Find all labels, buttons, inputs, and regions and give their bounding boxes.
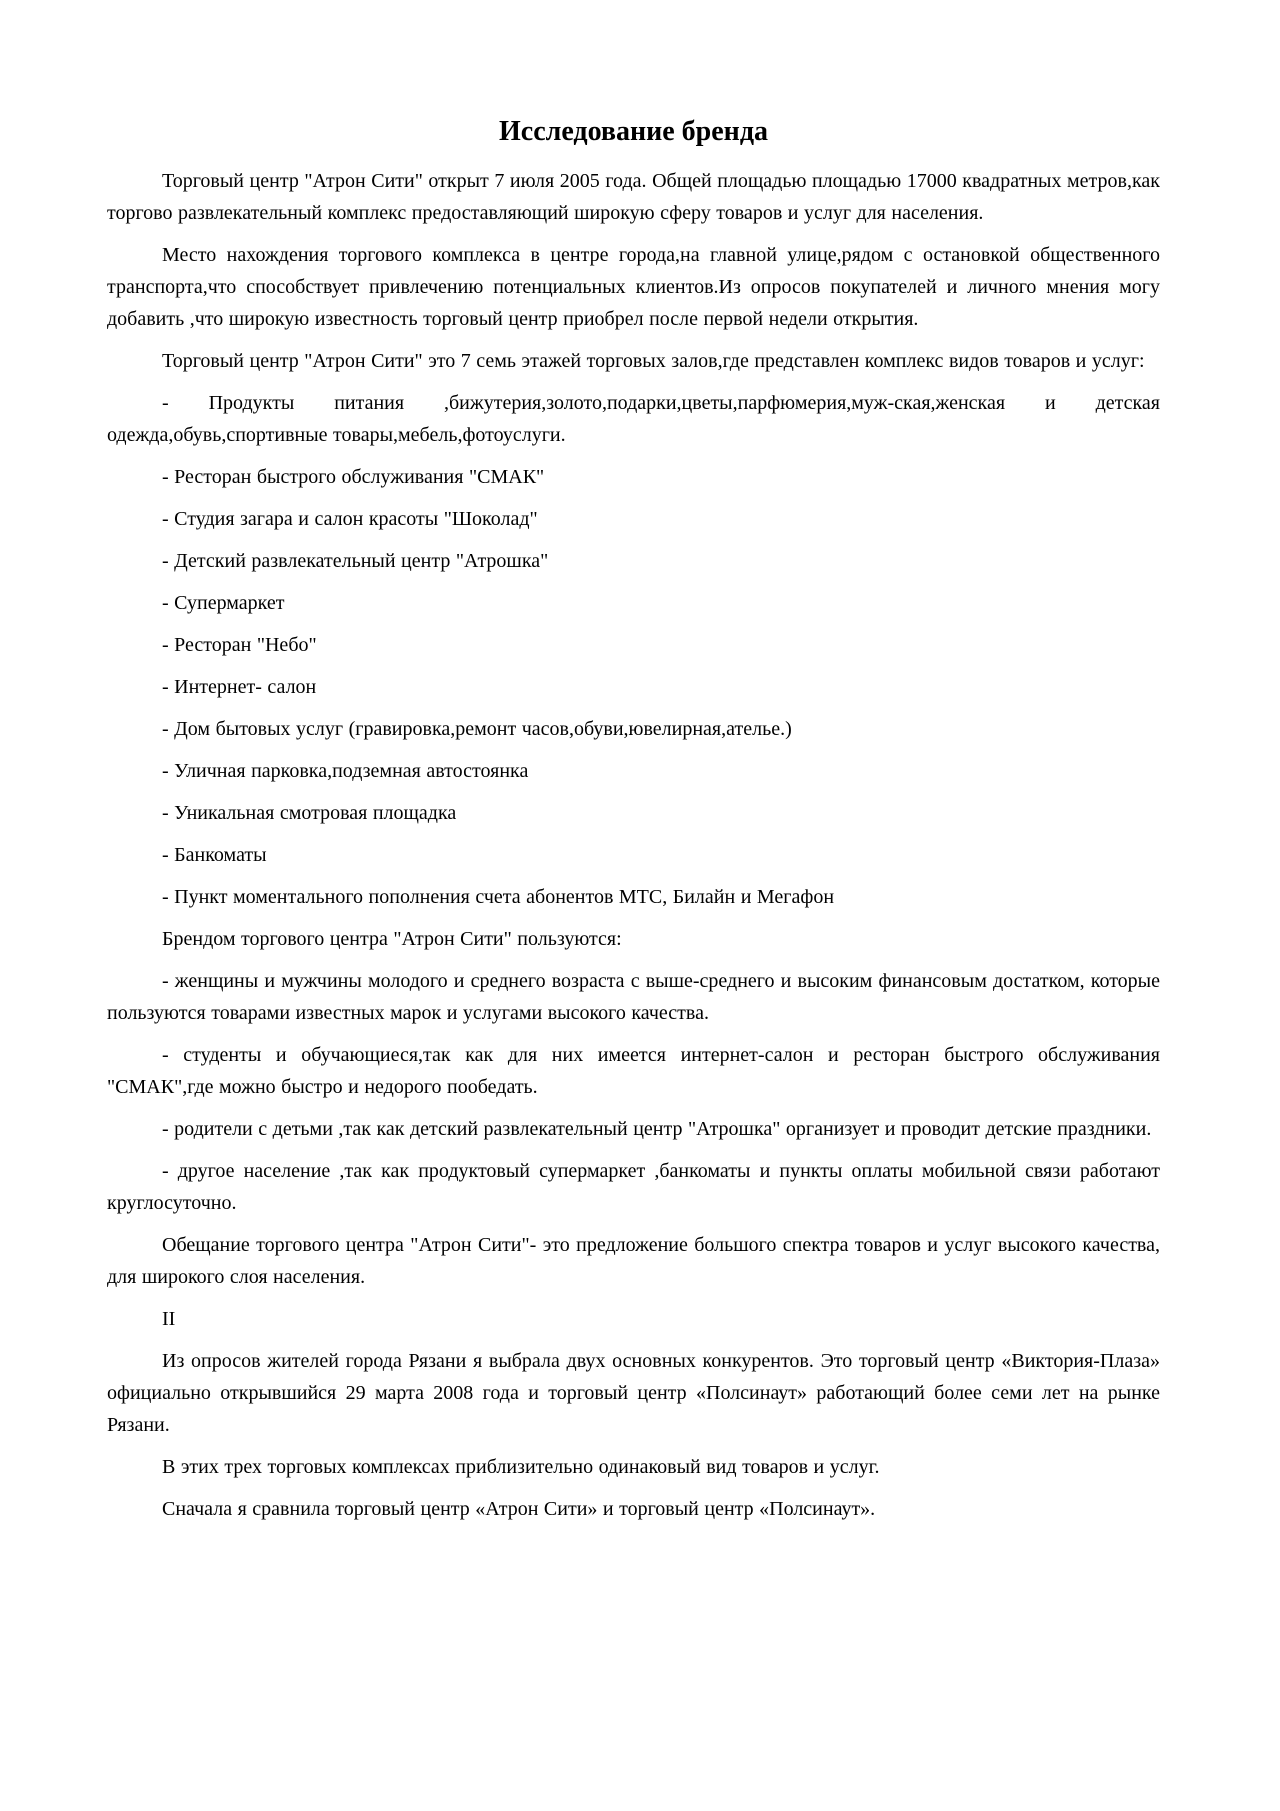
paragraph-brand-users-intro: Брендом торгового центра "Атрон Сити" по… [107,923,1160,955]
list-item-salon: - Студия загара и салон красоты "Шоколад… [107,503,1160,535]
document-title: Исследование бренда [107,113,1160,151]
document-page: Исследование бренда Торговый центр "Атро… [0,0,1280,1811]
paragraph-similar-goods: В этих трех торговых комплексах приблизи… [107,1451,1160,1483]
paragraph-competitors: Из опросов жителей города Рязани я выбра… [107,1345,1160,1441]
list-item-supermarket: - Супермаркет [107,587,1160,619]
paragraph-floors: Торговый центр "Атрон Сити" это 7 семь э… [107,345,1160,377]
list-item-audience-students: - студенты и обучающиеся,так как для них… [107,1039,1160,1103]
list-item-mobile-topup: - Пункт моментального пополнения счета а… [107,881,1160,913]
list-item-audience-parents: - родители с детьми ,так как детский раз… [107,1113,1160,1145]
paragraph-intro: Торговый центр "Атрон Сити" открыт 7 июл… [107,165,1160,229]
list-item-kids-center: - Детский развлекательный центр "Атрошка… [107,545,1160,577]
list-item-parking: - Уличная парковка,подземная автостоянка [107,755,1160,787]
list-item-audience-other: - другое население ,так как продуктовый … [107,1155,1160,1219]
list-item-smak: - Ресторан быстрого обслуживания "СМАК" [107,461,1160,493]
list-item-restaurant-nebo: - Ресторан "Небо" [107,629,1160,661]
list-item-goods: - Продукты питания ,бижутерия,золото,под… [107,387,1160,451]
list-item-observation-deck: - Уникальная смотровая площадка [107,797,1160,829]
paragraph-brand-promise: Обещание торгового центра "Атрон Сити"- … [107,1229,1160,1293]
paragraph-location: Место нахождения торгового комплекса в ц… [107,239,1160,335]
paragraph-comparison-intro: Сначала я сравнила торговый центр «Атрон… [107,1493,1160,1525]
section-number: II [107,1303,1160,1335]
list-item-atms: - Банкоматы [107,839,1160,871]
list-item-audience-adults: - женщины и мужчины молодого и среднего … [107,965,1160,1029]
list-item-household-services: - Дом бытовых услуг (гравировка,ремонт ч… [107,713,1160,745]
list-item-internet-salon: - Интернет- салон [107,671,1160,703]
